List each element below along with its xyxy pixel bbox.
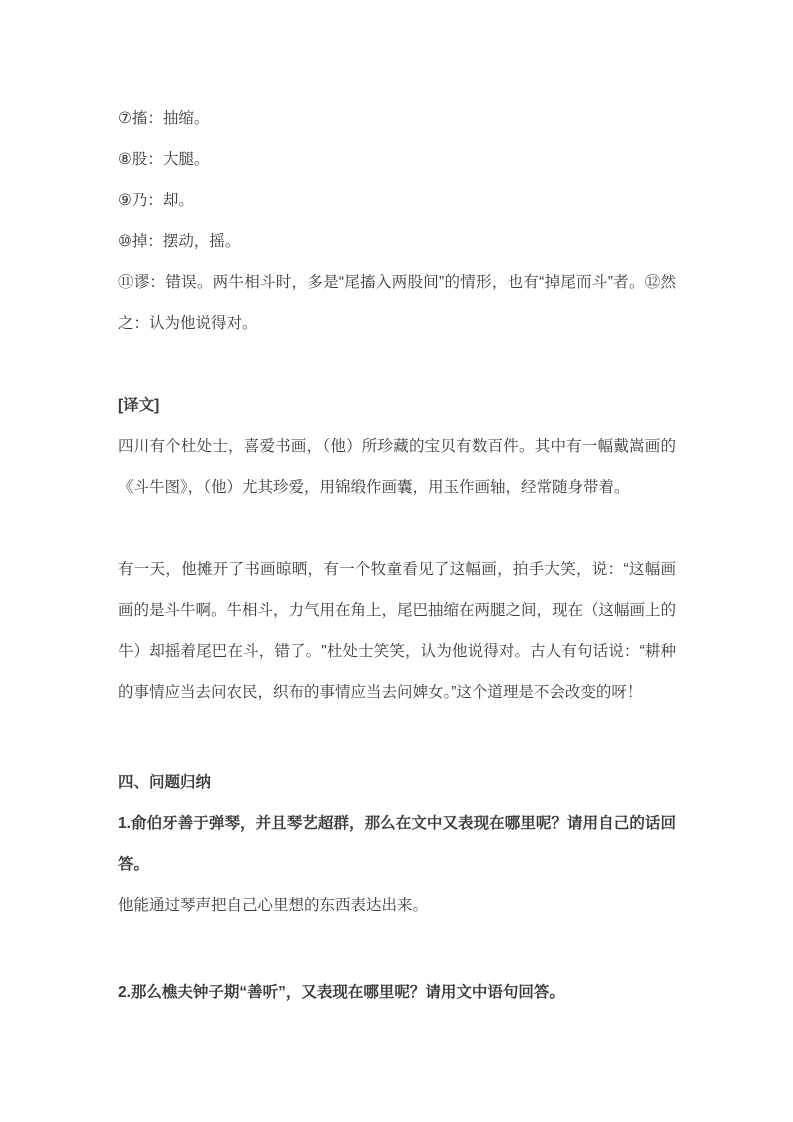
- annotation-item-11-12: ⑪谬：错误。两牛相斗时，多是“尾搐入两股间”的情形，也有“掉尾而斗”者。⑫然之：…: [118, 262, 676, 344]
- annotation-item-9: ⑨乃：却。: [118, 180, 676, 221]
- document-page: ⑦搐：抽缩。 ⑧股：大腿。 ⑨乃：却。 ⑩掉：摆动，摇。 ⑪谬：错误。两牛相斗时…: [0, 0, 793, 1122]
- question-1: 1.俞伯牙善于弹琴，并且琴艺超群，那么在文中又表现在哪里呢？请用自己的话回答。: [118, 803, 676, 885]
- translation-header: [译文]: [118, 385, 676, 426]
- translation-paragraph-2: 有一天，他摊开了书画晾晒，有一个牧童看见了这幅画，拍手大笑，说：“这幅画画的是斗…: [118, 549, 676, 713]
- annotation-item-7: ⑦搐：抽缩。: [118, 98, 676, 139]
- annotation-item-8: ⑧股：大腿。: [118, 139, 676, 180]
- qa-section-header: 四、问题归纳: [118, 762, 676, 803]
- question-2: 2.那么樵夫钟子期“善听”，又表现在哪里呢？请用文中语句回答。: [118, 972, 676, 1013]
- answer-1: 他能通过琴声把自己心里想的东西表达出来。: [118, 885, 676, 926]
- annotation-item-10: ⑩掉：摆动，摇。: [118, 221, 676, 262]
- translation-paragraph-1: 四川有个杜处士，喜爱书画，（他）所珍藏的宝贝有数百件。其中有一幅戴嵩画的《斗牛图…: [118, 426, 676, 508]
